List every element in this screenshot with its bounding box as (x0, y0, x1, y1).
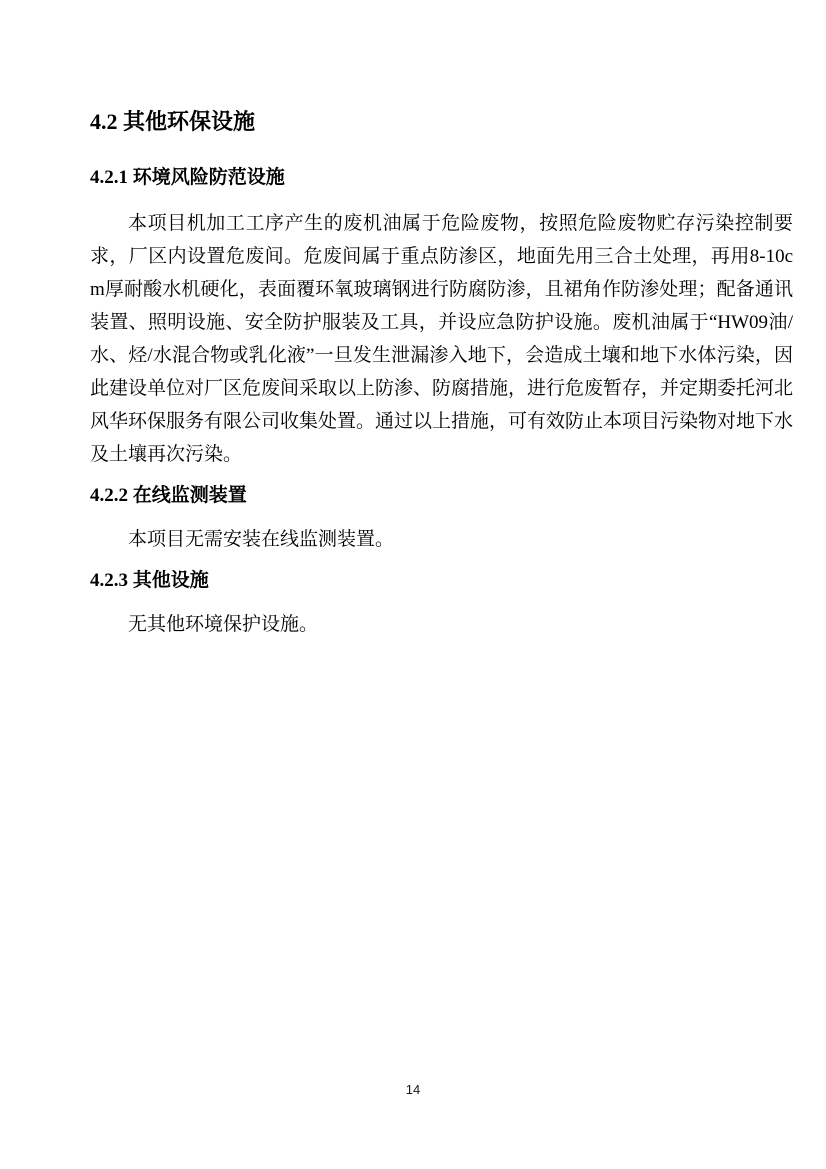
section-risk-prevention: 4.2.1 环境风险防范设施 本项目机加工工序产生的废机油属于危险废物，按照危险… (90, 165, 793, 471)
section-paragraph: 无其他环境保护设施。 (90, 608, 793, 641)
section-heading: 4.2.3 其他设施 (90, 568, 793, 594)
section-other-facilities: 4.2.3 其他设施 无其他环境保护设施。 (90, 568, 793, 641)
section-heading: 4.2.1 环境风险防范设施 (90, 165, 793, 191)
section-online-monitoring: 4.2.2 在线监测装置 本项目无需安装在线监测装置。 (90, 483, 793, 556)
chapter-heading: 4.2 其他环保设施 (90, 0, 793, 137)
section-paragraph: 本项目无需安装在线监测装置。 (90, 523, 793, 556)
section-heading: 4.2.2 在线监测装置 (90, 483, 793, 509)
page-number: 14 (0, 1082, 826, 1098)
document-page: 4.2 其他环保设施 4.2.1 环境风险防范设施 本项目机加工工序产生的废机油… (0, 0, 826, 1169)
page-content: 4.2 其他环保设施 4.2.1 环境风险防范设施 本项目机加工工序产生的废机油… (0, 0, 826, 641)
section-paragraph: 本项目机加工工序产生的废机油属于危险废物，按照危险废物贮存污染控制要求，厂区内设… (90, 207, 793, 471)
